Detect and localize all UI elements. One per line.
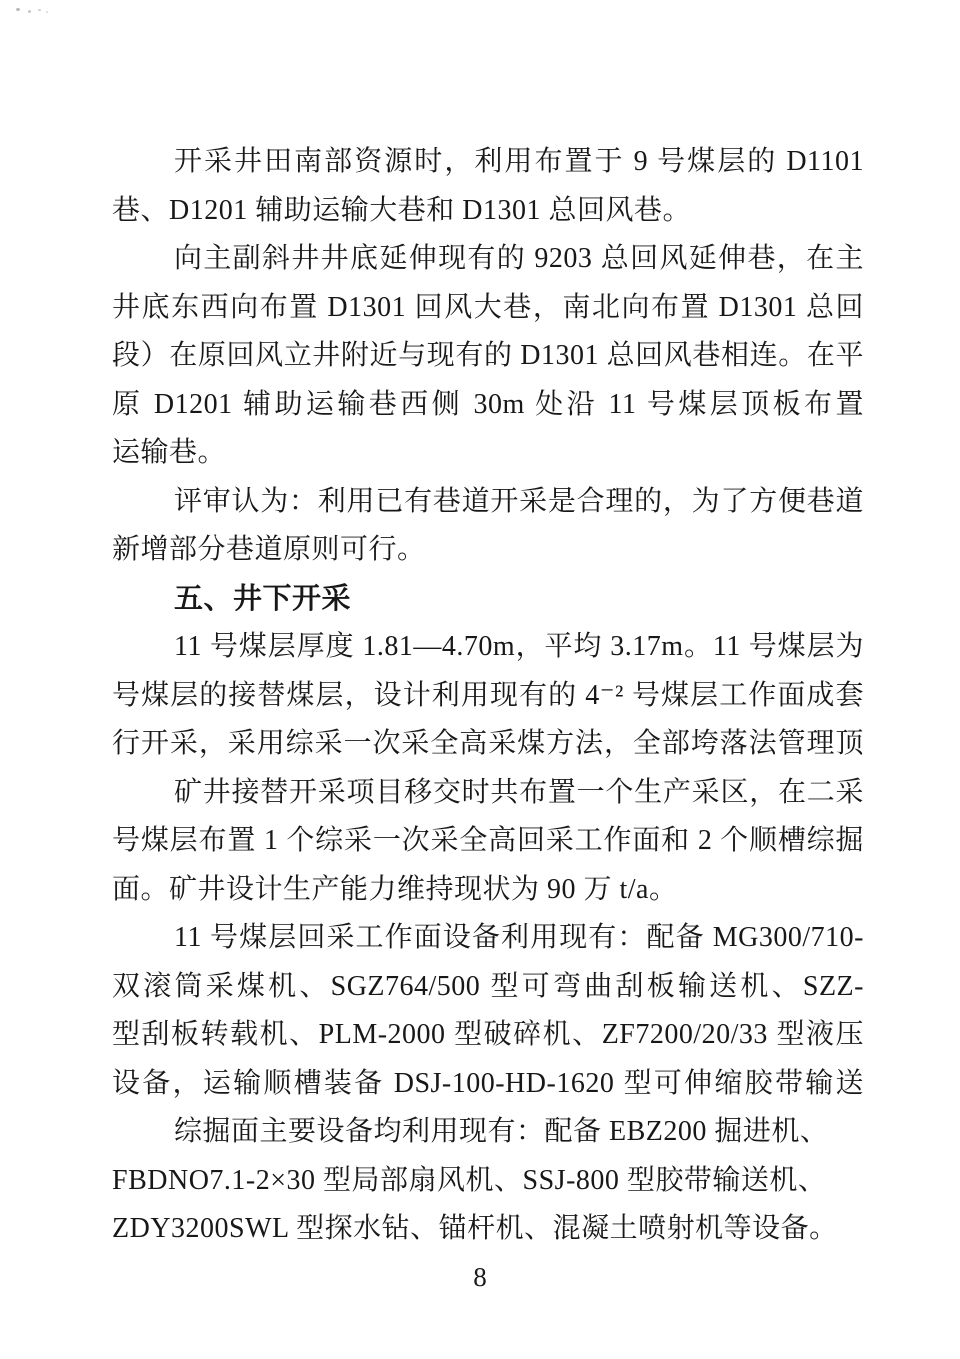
text-line: 行开采，采用综采一次采全高采煤方法，全部垮落法管理顶板。	[112, 720, 864, 769]
document-body: 开采井田南部资源时，利用布置于 9 号煤层的 D1101 皮带大 巷、D1201…	[112, 138, 864, 1254]
text-line: 巷、D1201 辅助运输大巷和 D1301 总回风巷。	[112, 187, 864, 236]
text-line: 号煤层布置 1 个综采一次采全高回采工作面和 2 个顺槽综掘工作	[112, 817, 864, 866]
text-line: FBDNO7.1-2×30 型局部扇风机、SSJ-800 型胶带输送机、	[112, 1157, 864, 1206]
text-line: 原 D1201 辅助运输巷西侧 30m 处沿 11 号煤层顶板布置 X1201 …	[112, 381, 864, 430]
text-line: 11 号煤层回采工作面设备利用现有：配备 MG300/710-WD 型	[112, 914, 864, 963]
text-line: 综掘面主要设备均利用现有：配备 EBZ200 掘进机、	[112, 1108, 864, 1157]
text-line: 井底东西向布置 D1301 回风大巷，南北向布置 D1301 总回风巷（北	[112, 284, 864, 333]
section-heading: 五、井下开采	[112, 575, 864, 624]
text-line: 新增部分巷道原则可行。	[112, 526, 864, 575]
text-line: 双滚筒采煤机、SGZ764/500 型可弯曲刮板输送机、SZZ-764/200	[112, 963, 864, 1012]
text-line: 号煤层的接替煤层，设计利用现有的 4⁻² 号煤层工作面成套设备进	[112, 672, 864, 721]
page-number: 8	[0, 1262, 960, 1293]
text-line: ZDY3200SWL 型探水钻、锚杆机、混凝土喷射机等设备。	[112, 1205, 864, 1254]
scan-speck	[38, 9, 41, 11]
text-line: 设备，运输顺槽装备 DSJ-100-HD-1620 型可伸缩胶带输送机。	[112, 1060, 864, 1109]
scan-speck	[46, 11, 48, 13]
text-line: 评审认为：利用已有巷道开采是合理的，为了方便巷道连接，	[112, 478, 864, 527]
text-line: 运输巷。	[112, 429, 864, 478]
scan-speck	[16, 8, 20, 11]
text-line: 段）在原回风立井附近与现有的 D1301 总回风巷相连。在平行于	[112, 332, 864, 381]
text-line: 面。矿井设计生产能力维持现状为 90 万 t/a。	[112, 866, 864, 915]
text-line: 矿井接替开采项目移交时共布置一个生产采区，在二采区 11	[112, 769, 864, 818]
text-line: 11 号煤层厚度 1.81—4.70m，平均 3.17m。11 号煤层为 4⁻²	[112, 623, 864, 672]
text-line: 型刮板转载机、PLM-2000 型破碎机、ZF7200/20/33 型液压支架等	[112, 1011, 864, 1060]
scan-speck	[28, 10, 31, 13]
document-page: 开采井田南部资源时，利用布置于 9 号煤层的 D1101 皮带大 巷、D1201…	[0, 0, 960, 1359]
text-line: 开采井田南部资源时，利用布置于 9 号煤层的 D1101 皮带大	[112, 138, 864, 187]
text-line: 向主副斜井井底延伸现有的 9203 总回风延伸巷，在主副斜井	[112, 235, 864, 284]
